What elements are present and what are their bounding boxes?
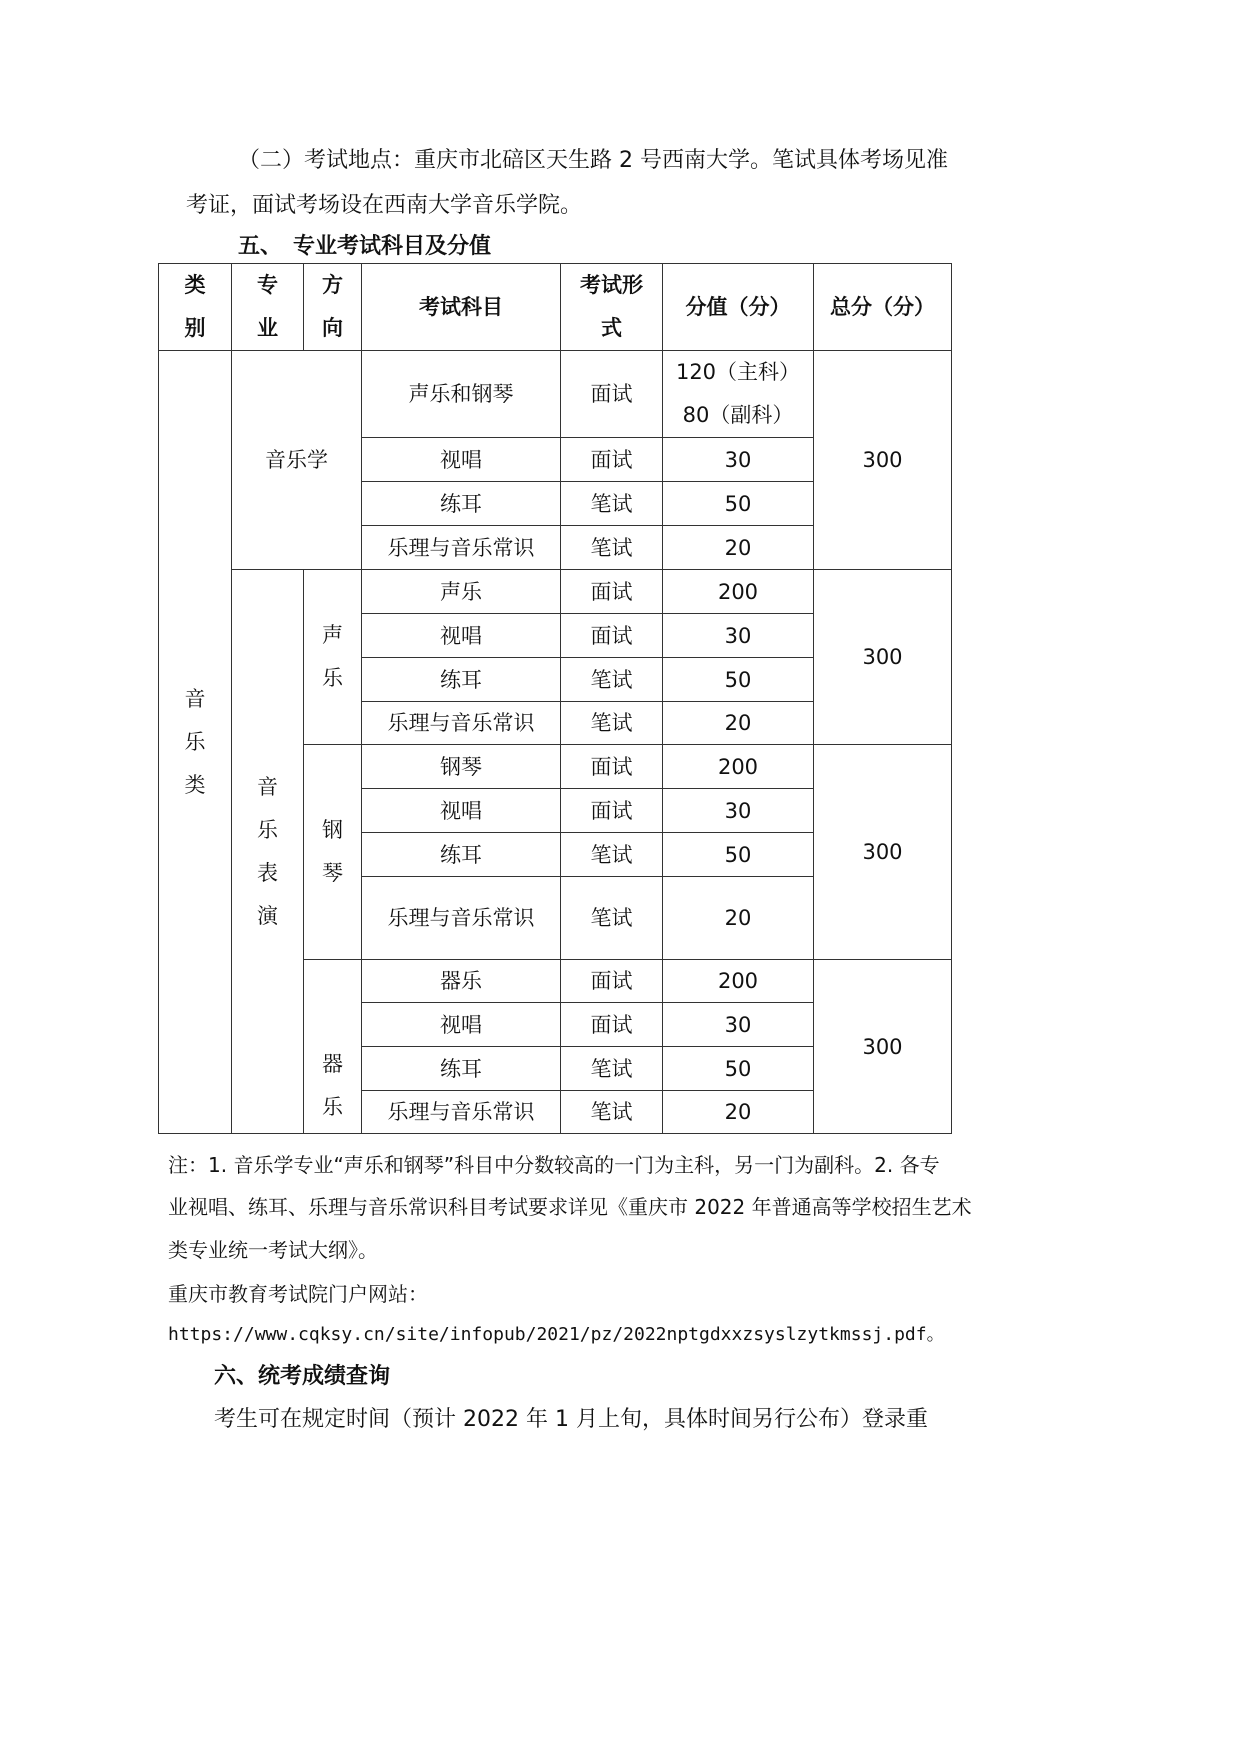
score-cell: 30 [663, 438, 814, 482]
form-cell: 笔试 [561, 833, 663, 877]
direction-cell-instrumental: 器乐 [304, 960, 362, 1134]
exam-location-line-1: （二）考试地点：重庆市北碚区天生路 2 号西南大学。笔试具体考场见准 [238, 146, 948, 176]
score-cell: 30 [663, 789, 814, 833]
score-cell: 200 [663, 570, 814, 614]
portal-label: 重庆市教育考试院门户网站： [168, 1279, 428, 1309]
subject-cell: 声乐 [362, 570, 561, 614]
form-cell: 面试 [561, 438, 663, 482]
subject-cell: 乐理与音乐常识 [362, 877, 561, 960]
note-line-2: 业视唱、练耳、乐理与音乐常识科目考试要求详见《重庆市 2022 年普通高等学校招… [168, 1192, 972, 1222]
form-cell: 面试 [561, 789, 663, 833]
form-cell: 面试 [561, 745, 663, 789]
form-cell: 笔试 [561, 702, 663, 745]
section-6-line-1: 考生可在规定时间（预计 2022 年 1 月上旬，具体时间另行公布）登录重 [214, 1405, 928, 1435]
subject-cell: 练耳 [362, 482, 561, 526]
subject-cell: 练耳 [362, 833, 561, 877]
table-header-row: 类别 专业 方向 考试科目 考试形式 分值（分） 总分（分） [159, 264, 952, 351]
score-cell: 120（主科）80（副科） [663, 351, 814, 438]
section-6-title: 六、统考成绩查询 [214, 1362, 390, 1392]
score-cell: 200 [663, 960, 814, 1003]
form-cell: 面试 [561, 1003, 663, 1047]
subject-cell: 乐理与音乐常识 [362, 1091, 561, 1134]
form-cell: 面试 [561, 351, 663, 438]
header-score: 分值（分） [663, 264, 814, 351]
form-cell: 笔试 [561, 482, 663, 526]
form-cell: 笔试 [561, 526, 663, 570]
subject-cell: 乐理与音乐常识 [362, 526, 561, 570]
form-cell: 笔试 [561, 658, 663, 702]
score-cell: 50 [663, 1047, 814, 1091]
subject-cell: 视唱 [362, 438, 561, 482]
form-cell: 笔试 [561, 1047, 663, 1091]
form-cell: 面试 [561, 570, 663, 614]
exam-subjects-table: 类别 专业 方向 考试科目 考试形式 分值（分） 总分（分） 音乐类 音乐学 声… [158, 263, 952, 1134]
exam-location-line-2: 考证，面试考场设在西南大学音乐学院。 [186, 191, 582, 221]
header-major: 专业 [232, 264, 304, 351]
major-cell-performance: 音乐表演 [232, 570, 304, 1134]
total-cell: 300 [814, 351, 952, 570]
score-cell: 20 [663, 1091, 814, 1134]
note-line-1: 注：1. 音乐学专业“声乐和钢琴”科目中分数较高的一门为主科，另一门为副科。2.… [168, 1150, 940, 1180]
table-row: 音乐表演 声乐 声乐 面试 200 300 [159, 570, 952, 614]
score-cell: 20 [663, 702, 814, 745]
note-line-3: 类专业统一考试大纲》。 [168, 1235, 378, 1265]
section-5-title: 五、 专业考试科目及分值 [238, 232, 491, 262]
score-cell: 50 [663, 482, 814, 526]
header-form: 考试形式 [561, 264, 663, 351]
total-cell: 300 [814, 960, 952, 1134]
major-cell-musicology: 音乐学 [232, 351, 362, 570]
table-row: 音乐类 音乐学 声乐和钢琴 面试 120（主科）80（副科） 300 [159, 351, 952, 438]
score-cell: 50 [663, 658, 814, 702]
subject-cell: 练耳 [362, 1047, 561, 1091]
header-subject: 考试科目 [362, 264, 561, 351]
subject-cell: 声乐和钢琴 [362, 351, 561, 438]
score-cell: 20 [663, 526, 814, 570]
form-cell: 面试 [561, 960, 663, 1003]
form-cell: 面试 [561, 614, 663, 658]
header-category: 类别 [159, 264, 232, 351]
score-cell: 200 [663, 745, 814, 789]
score-cell: 50 [663, 833, 814, 877]
subject-cell: 视唱 [362, 1003, 561, 1047]
score-cell: 20 [663, 877, 814, 960]
total-cell: 300 [814, 570, 952, 745]
direction-cell-vocal: 声乐 [304, 570, 362, 745]
form-cell: 笔试 [561, 1091, 663, 1134]
header-direction: 方向 [304, 264, 362, 351]
subject-cell: 视唱 [362, 614, 561, 658]
score-cell: 30 [663, 1003, 814, 1047]
header-total: 总分（分） [814, 264, 952, 351]
form-cell: 笔试 [561, 877, 663, 960]
subject-cell: 乐理与音乐常识 [362, 702, 561, 745]
score-cell: 30 [663, 614, 814, 658]
total-cell: 300 [814, 745, 952, 960]
portal-url-link[interactable]: https://www.cqksy.cn/site/infopub/2021/p… [168, 1320, 945, 1350]
category-cell: 音乐类 [159, 351, 232, 1134]
subject-cell: 视唱 [362, 789, 561, 833]
subject-cell: 器乐 [362, 960, 561, 1003]
direction-cell-piano: 钢琴 [304, 745, 362, 960]
subject-cell: 钢琴 [362, 745, 561, 789]
subject-cell: 练耳 [362, 658, 561, 702]
